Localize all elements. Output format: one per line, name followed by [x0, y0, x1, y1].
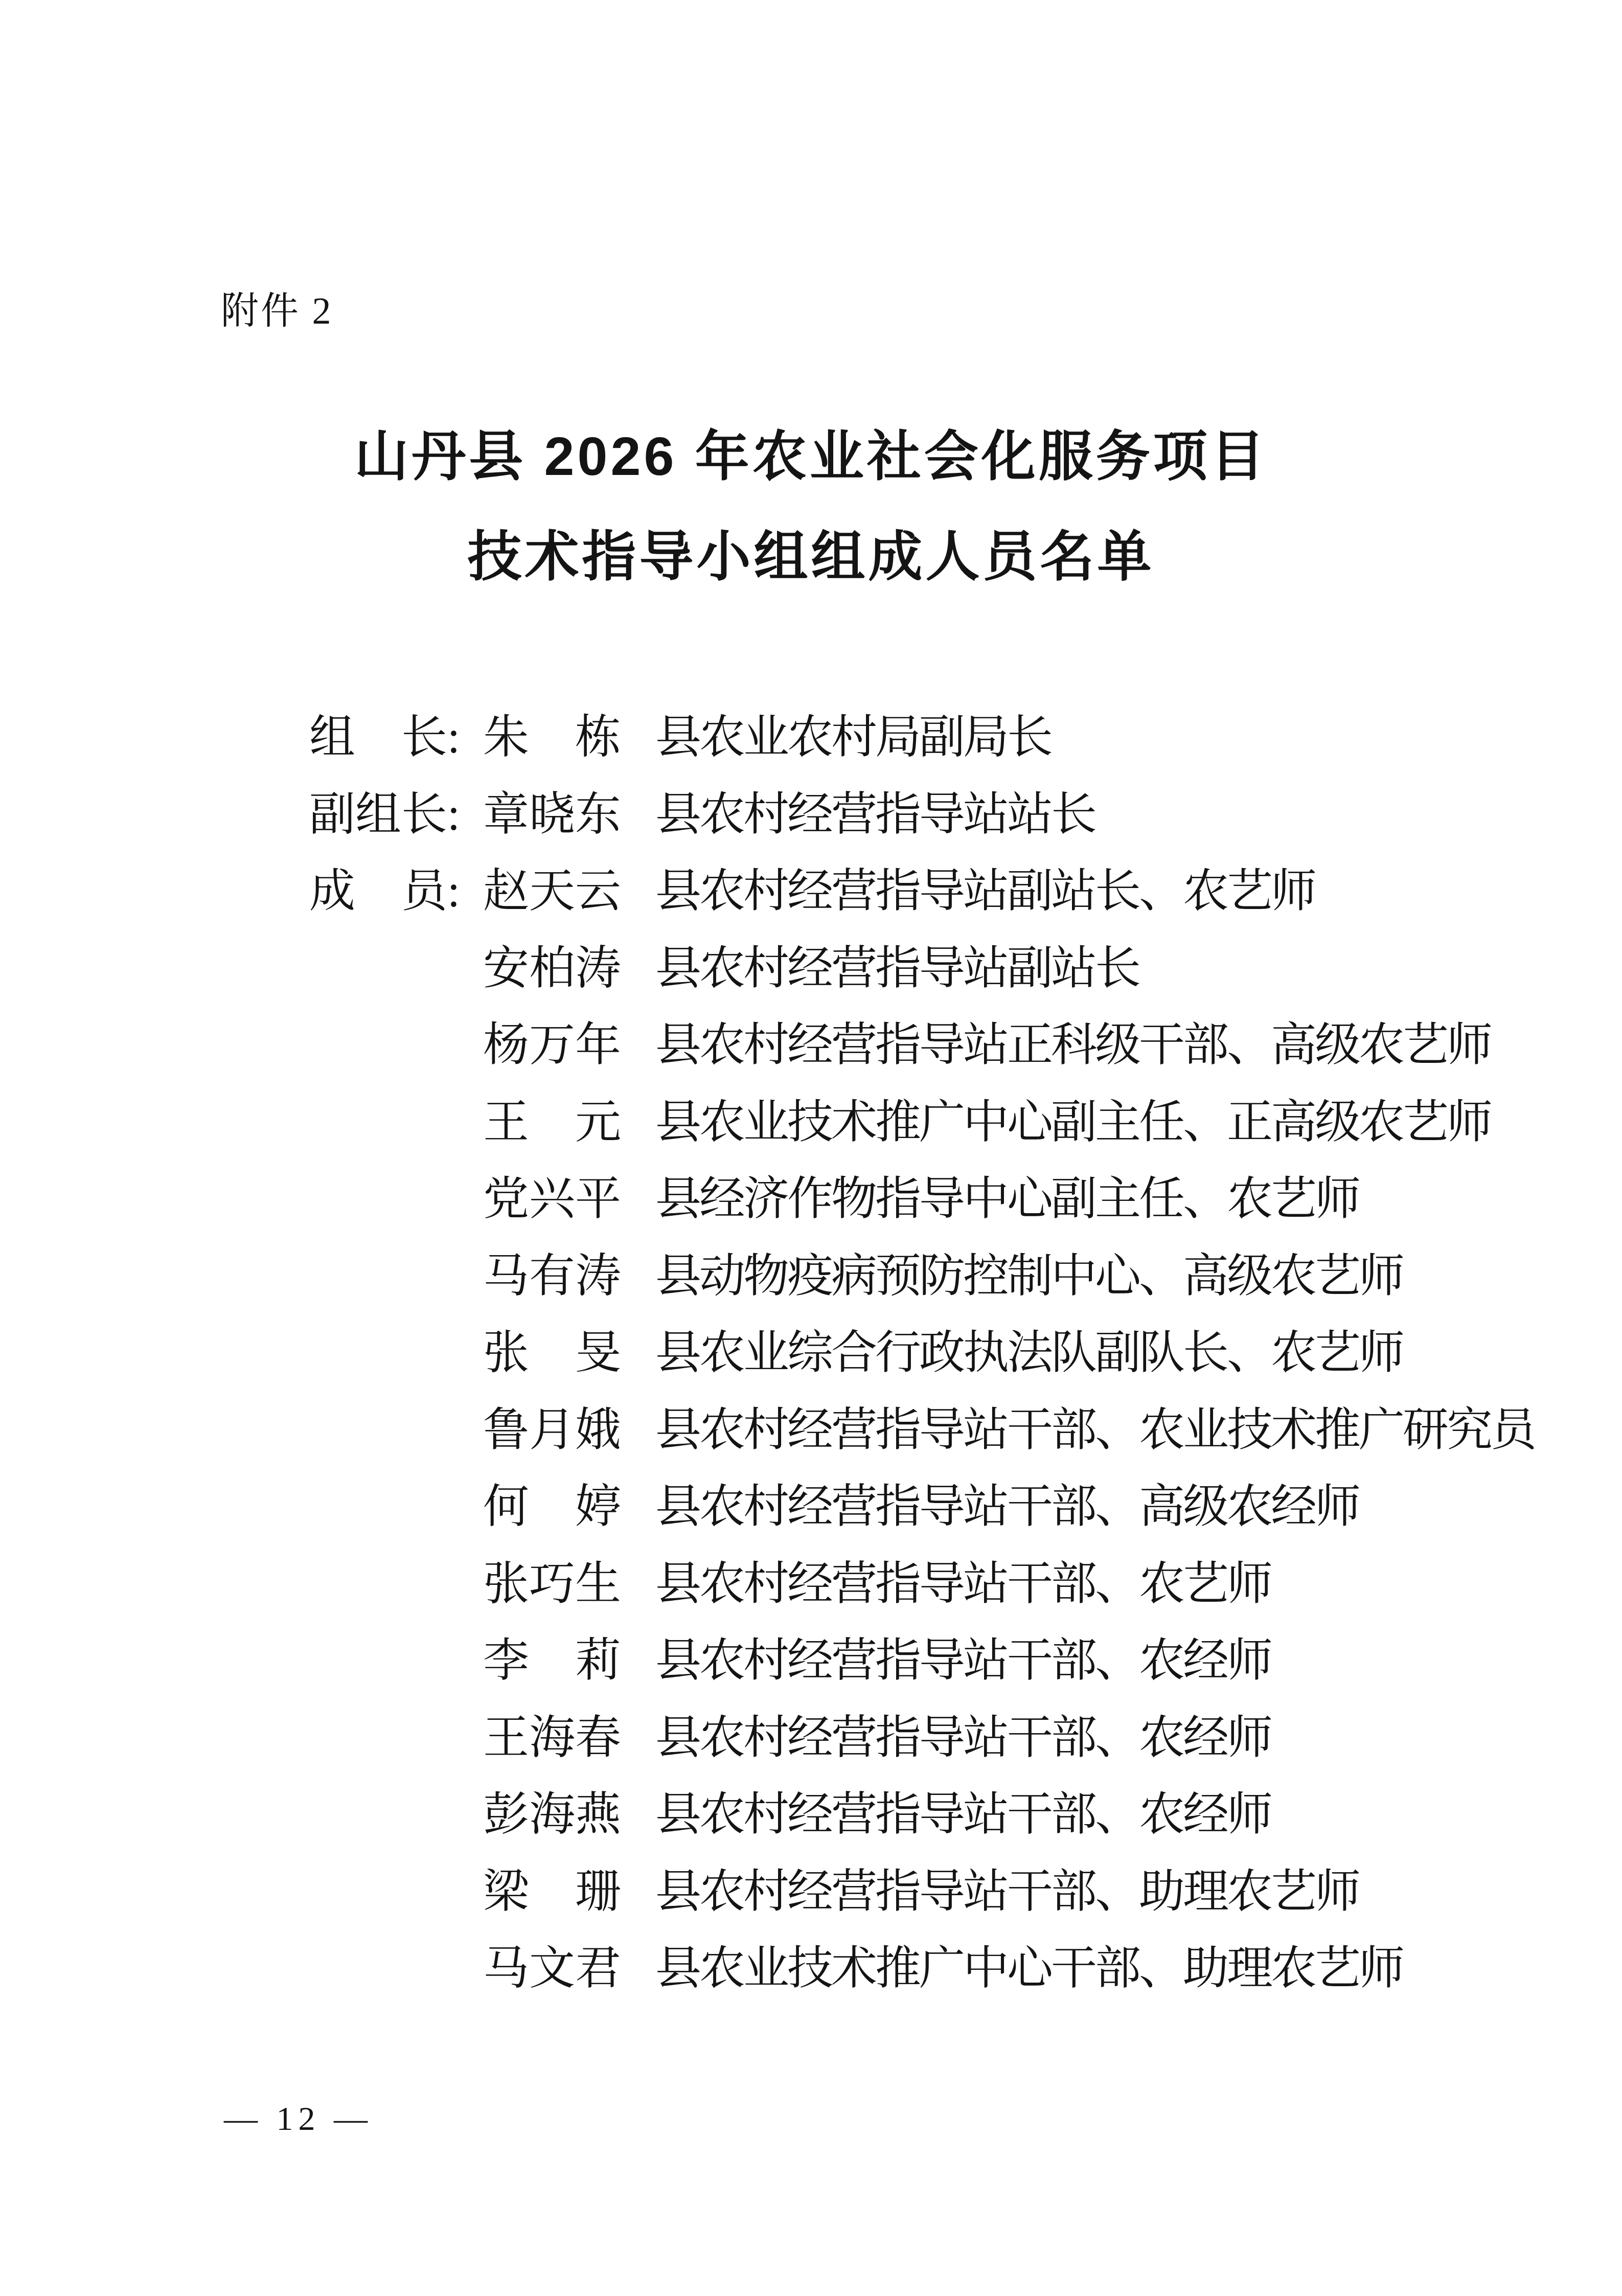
member-name: 章晓东 [483, 777, 655, 843]
member-title: 县农村经营指导站干部、农艺师 [655, 1546, 1561, 1612]
member-title: 县农村经营指导站正科级干部、高级农艺师 [655, 1007, 1561, 1074]
member-name: 梁 珊 [483, 1854, 655, 1920]
member-title: 县农业综合行政执法队副队长、农艺师 [655, 1315, 1561, 1381]
attachment-label: 附件 2 [221, 292, 333, 330]
roster-row: 党兴平 县经济作物指导中心副主任、农艺师 [309, 1156, 1561, 1233]
member-title: 县农村经营指导站干部、农经师 [655, 1700, 1561, 1766]
member-name: 何 婷 [483, 1469, 655, 1535]
member-title: 县农村经营指导站副站长、农艺师 [655, 853, 1561, 920]
page-number: — 12 — [224, 2102, 373, 2136]
roster-row: 安柏涛 县农村经营指导站副站长 [309, 925, 1561, 1003]
document-title-line2: 技术指导小组组成人员名单 [0, 507, 1622, 607]
document-page: 附件 2 山丹县 2026 年农业社会化服务项目 技术指导小组组成人员名单 组 … [0, 0, 1622, 2296]
member-name: 张 旻 [483, 1315, 655, 1381]
member-name: 马有涛 [483, 1238, 655, 1305]
member-title: 县农业技术推广中心副主任、正高级农艺师 [655, 1084, 1561, 1151]
roster-row: 何 婷 县农村经营指导站干部、高级农经师 [309, 1464, 1561, 1541]
member-name: 鲁月娥 [483, 1392, 655, 1459]
member-name: 马文君 [483, 1930, 655, 1997]
member-title: 县农村经营指导站干部、农经师 [655, 1623, 1561, 1689]
roster-row: 组 长: 朱 栋 县农业农村局副局长 [309, 694, 1561, 771]
member-name: 赵天云 [483, 853, 655, 920]
member-title: 县动物疫病预防控制中心、高级农艺师 [655, 1238, 1561, 1305]
roster-row: 副组长: 章晓东 县农村经营指导站站长 [309, 771, 1561, 849]
roster-row: 马有涛 县动物疫病预防控制中心、高级农艺师 [309, 1233, 1561, 1310]
member-title: 县农村经营指导站副站长 [655, 930, 1561, 997]
roster-row: 王 元 县农业技术推广中心副主任、正高级农艺师 [309, 1079, 1561, 1156]
member-title: 县农村经营指导站干部、高级农经师 [655, 1469, 1561, 1535]
member-name: 朱 栋 [483, 699, 655, 766]
member-title: 县农业农村局副局长 [655, 699, 1561, 766]
member-name: 王 元 [483, 1084, 655, 1151]
roster-row: 鲁月娥 县农村经营指导站干部、农业技术推广研究员 [309, 1387, 1561, 1464]
member-name: 张巧生 [483, 1546, 655, 1612]
member-name: 王海春 [483, 1700, 655, 1766]
member-name: 杨万年 [483, 1007, 655, 1074]
roster-row: 彭海燕 县农村经营指导站干部、农经师 [309, 1771, 1561, 1849]
roster-list: 组 长: 朱 栋 县农业农村局副局长 副组长: 章晓东 县农村经营指导站站长 成… [309, 694, 1561, 2003]
document-title-line1: 山丹县 2026 年农业社会化服务项目 [0, 406, 1622, 507]
member-name: 党兴平 [483, 1161, 655, 1227]
role-label: 组 长: [309, 699, 483, 766]
member-title: 县农村经营指导站干部、农业技术推广研究员 [655, 1392, 1561, 1459]
member-title: 县经济作物指导中心副主任、农艺师 [655, 1161, 1561, 1227]
roster-row: 李 莉 县农村经营指导站干部、农经师 [309, 1618, 1561, 1695]
document-title: 山丹县 2026 年农业社会化服务项目 技术指导小组组成人员名单 [0, 406, 1622, 607]
roster-row: 王海春 县农村经营指导站干部、农经师 [309, 1695, 1561, 1772]
member-name: 安柏涛 [483, 930, 655, 997]
member-title: 县农村经营指导站干部、农经师 [655, 1777, 1561, 1843]
roster-row: 马文君 县农业技术推广中心干部、助理农艺师 [309, 1925, 1561, 2003]
role-label: 副组长: [309, 777, 483, 843]
roster-row: 杨万年 县农村经营指导站正科级干部、高级农艺师 [309, 1002, 1561, 1079]
member-title: 县农村经营指导站干部、助理农艺师 [655, 1854, 1561, 1920]
roster-row: 张 旻 县农业综合行政执法队副队长、农艺师 [309, 1310, 1561, 1387]
roster-row: 张巧生 县农村经营指导站干部、农艺师 [309, 1541, 1561, 1618]
roster-row: 成 员: 赵天云 县农村经营指导站副站长、农艺师 [309, 848, 1561, 925]
member-title: 县农村经营指导站站长 [655, 777, 1561, 843]
role-label: 成 员: [309, 853, 483, 920]
member-title: 县农业技术推广中心干部、助理农艺师 [655, 1930, 1561, 1997]
roster-row: 梁 珊 县农村经营指导站干部、助理农艺师 [309, 1849, 1561, 1926]
member-name: 彭海燕 [483, 1777, 655, 1843]
member-name: 李 莉 [483, 1623, 655, 1689]
